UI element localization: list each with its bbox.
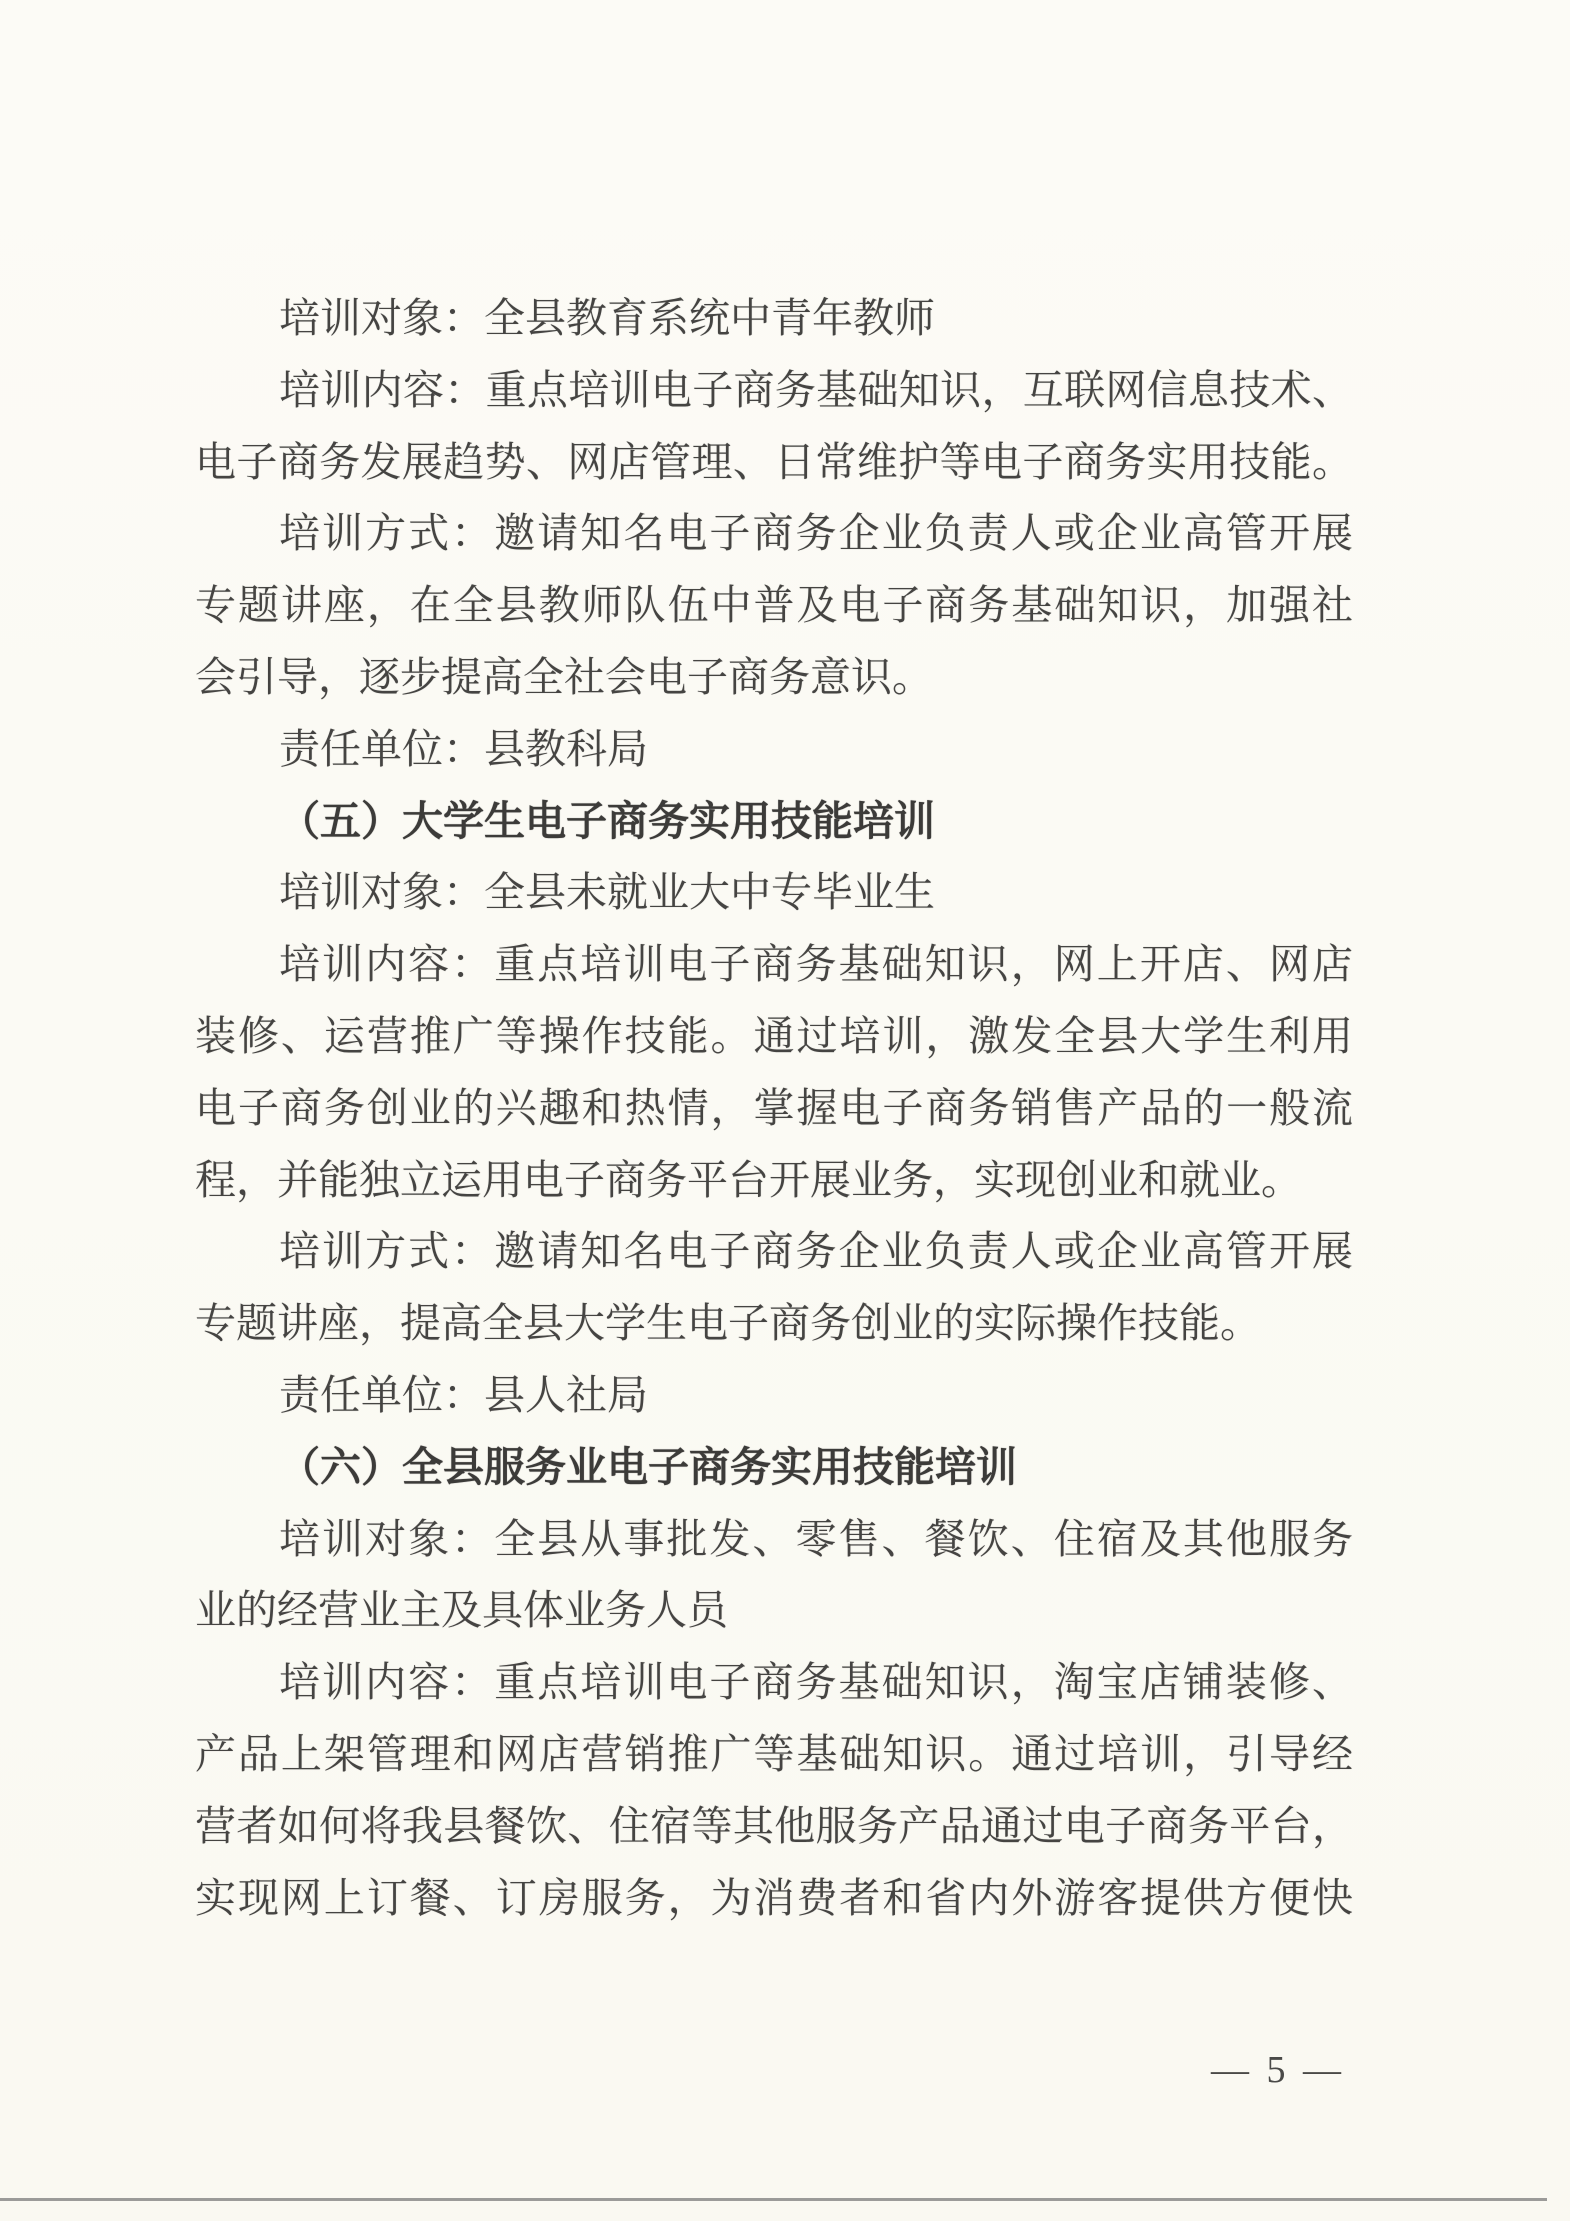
document-line: 培训对象：全县未就业大中专毕业生 bbox=[195, 857, 1353, 929]
document-line: 程，并能独立运用电子商务平台开展业务，实现创业和就业。 bbox=[195, 1145, 1353, 1217]
document-line: 培训方式：邀请知名电子商务企业负责人或企业高管开展 bbox=[195, 1216, 1353, 1288]
document-line: 培训对象：全县从事批发、零售、餐饮、住宿及其他服务 bbox=[195, 1504, 1353, 1576]
document-line: 专题讲座，在全县教师队伍中普及电子商务基础知识，加强社 bbox=[195, 570, 1353, 642]
document-line: 培训对象：全县教育系统中青年教师 bbox=[195, 283, 1353, 355]
document-line: 会引导，逐步提高全社会电子商务意识。 bbox=[195, 642, 1353, 714]
scanned-document-page: 培训对象：全县教育系统中青年教师培训内容：重点培训电子商务基础知识，互联网信息技… bbox=[0, 0, 1570, 2221]
document-line: 责任单位：县人社局 bbox=[195, 1360, 1353, 1432]
document-line: 专题讲座，提高全县大学生电子商务创业的实际操作技能。 bbox=[195, 1288, 1353, 1360]
section-heading: （六）全县服务业电子商务实用技能培训 bbox=[195, 1432, 1353, 1504]
document-line: 电子商务创业的兴趣和热情，掌握电子商务销售产品的一般流 bbox=[195, 1073, 1353, 1145]
document-line: 装修、运营推广等操作技能。通过培训，激发全县大学生利用 bbox=[195, 1001, 1353, 1073]
page-number: — 5 — bbox=[1198, 2046, 1358, 2094]
document-line: 产品上架管理和网店营销推广等基础知识。通过培训，引导经 bbox=[195, 1719, 1353, 1791]
section-heading: （五）大学生电子商务实用技能培训 bbox=[195, 786, 1353, 858]
document-line: 电子商务发展趋势、网店管理、日常维护等电子商务实用技能。 bbox=[195, 427, 1353, 499]
document-line: 业的经营业主及具体业务人员 bbox=[195, 1575, 1353, 1647]
document-line: 培训内容：重点培训电子商务基础知识，淘宝店铺装修、 bbox=[195, 1647, 1353, 1719]
document-line: 培训内容：重点培训电子商务基础知识，网上开店、网店 bbox=[195, 929, 1353, 1001]
document-line: 营者如何将我县餐饮、住宿等其他服务产品通过电子商务平台， bbox=[195, 1791, 1353, 1863]
document-line: 培训内容：重点培训电子商务基础知识，互联网信息技术、 bbox=[195, 355, 1353, 427]
document-line: 责任单位：县教科局 bbox=[195, 714, 1353, 786]
document-line: 实现网上订餐、订房服务，为消费者和省内外游客提供方便快 bbox=[195, 1863, 1353, 1935]
document-body: 培训对象：全县教育系统中青年教师培训内容：重点培训电子商务基础知识，互联网信息技… bbox=[195, 283, 1353, 1934]
document-line: 培训方式：邀请知名电子商务企业负责人或企业高管开展 bbox=[195, 498, 1353, 570]
scan-edge-line bbox=[0, 2198, 1547, 2201]
